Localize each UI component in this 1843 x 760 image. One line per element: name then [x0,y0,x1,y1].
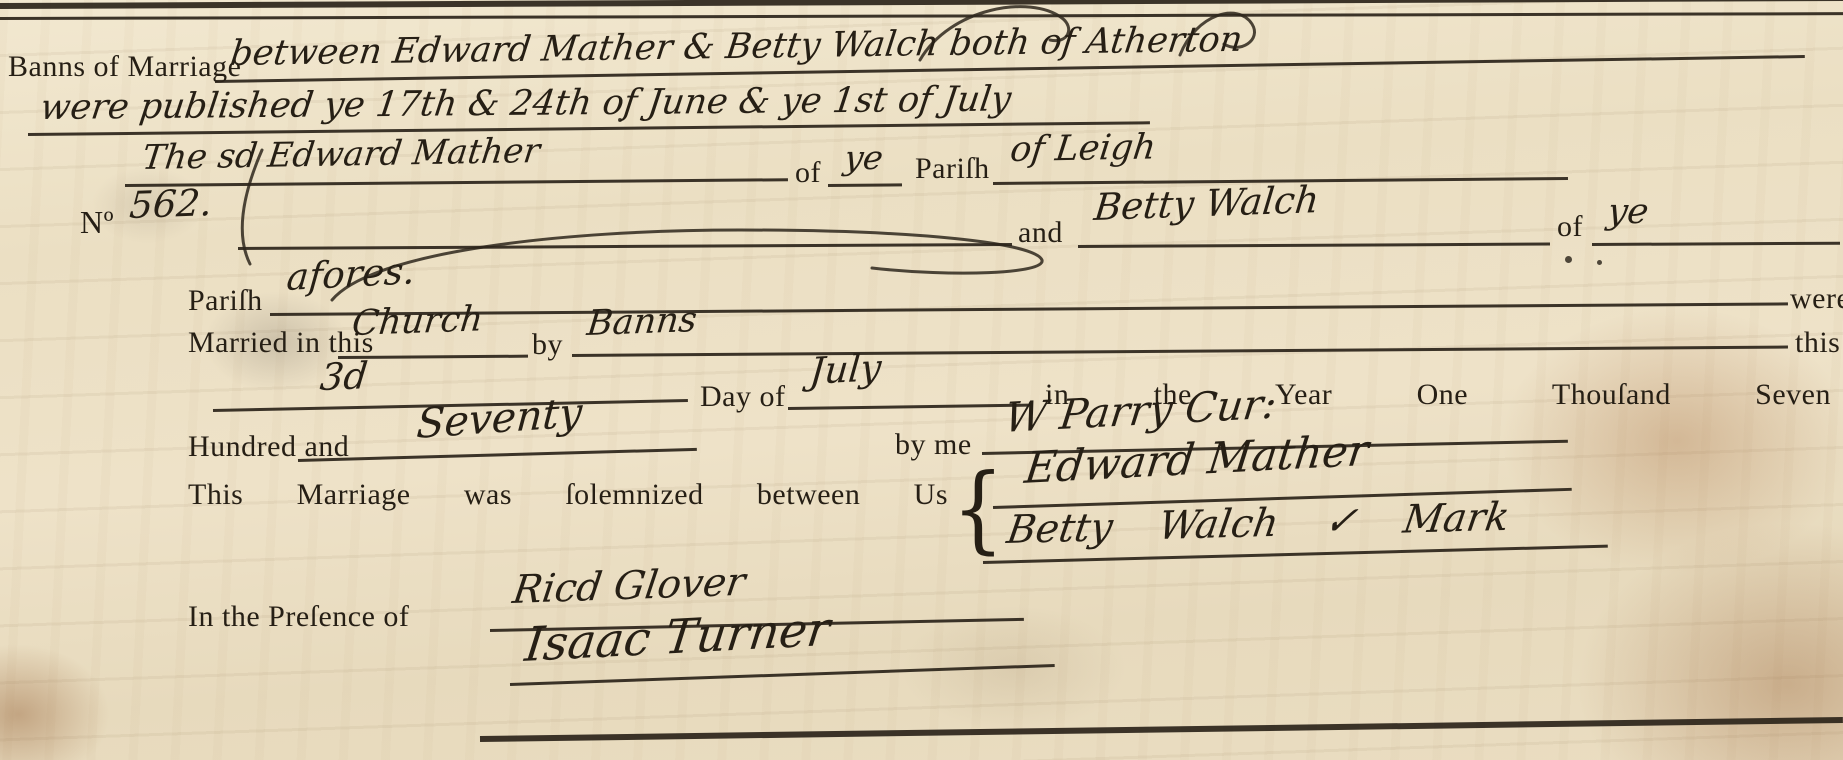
parish-entry: afores. [285,249,417,299]
married-method-entry: Banns [585,300,699,344]
entry-number-label: Nº [80,204,114,241]
bottom-border-line [480,717,1843,742]
groom-of-entry: ye [842,138,886,177]
witness1-signature: Ricd Glover [510,560,748,613]
marriage-day-entry: 3d [318,354,370,399]
year-entry: Seventy [415,388,584,448]
ink-blot [1565,256,1572,263]
form-title: Banns of Marriage [8,50,241,84]
were-label: were [1790,282,1843,316]
married-place-entry: Church [350,299,485,344]
ink-blot [1597,260,1602,265]
bride-of-entry: ye [1605,192,1651,232]
groom-parish-entry: of Leigh [1008,127,1158,170]
entry-number-value: 562. [128,181,213,227]
flourish-afores-loop [332,230,1042,300]
ruled-line [1592,242,1840,246]
ruled-line [125,178,788,187]
married-by-label: by [532,328,563,362]
ruled-line [572,346,1788,357]
solemnized-statement-label: This Marriage was ſolemnized between Us [188,478,948,512]
this-label: this [1795,326,1840,360]
ruled-line [270,302,1788,316]
signature-brace: { [952,455,1004,564]
top-border-line [0,0,1843,9]
groom-name-entry: The sd Edward Mather [140,131,542,178]
parish-label: Pariſh [188,284,263,318]
ruled-line [828,183,902,187]
presence-of-label: In the Preſence of [188,600,409,634]
bride-and-label: and [1018,216,1063,250]
bride-of-label: of [1557,210,1583,244]
ink-blot [618,118,622,122]
top-border-line-2 [0,12,1843,20]
marriage-month-entry: July [808,346,883,393]
banns-published-entry: were published ye 17th & 24th of June & … [38,79,1014,128]
day-of-label: Day of [700,380,785,414]
ruled-line [1078,243,1550,248]
groom-parish-label: Pariſh [915,152,990,186]
ruled-line [788,404,1028,410]
marriage-banns-register-page: Banns of Marriage between Edward Mather … [0,0,1843,760]
witness2-signature: Isaac Turner [522,602,833,673]
ruled-line [238,243,1012,250]
bride-name-entry: Betty Walch [1092,178,1321,229]
groom-of-label: of [795,156,821,190]
ruled-line [298,448,697,462]
